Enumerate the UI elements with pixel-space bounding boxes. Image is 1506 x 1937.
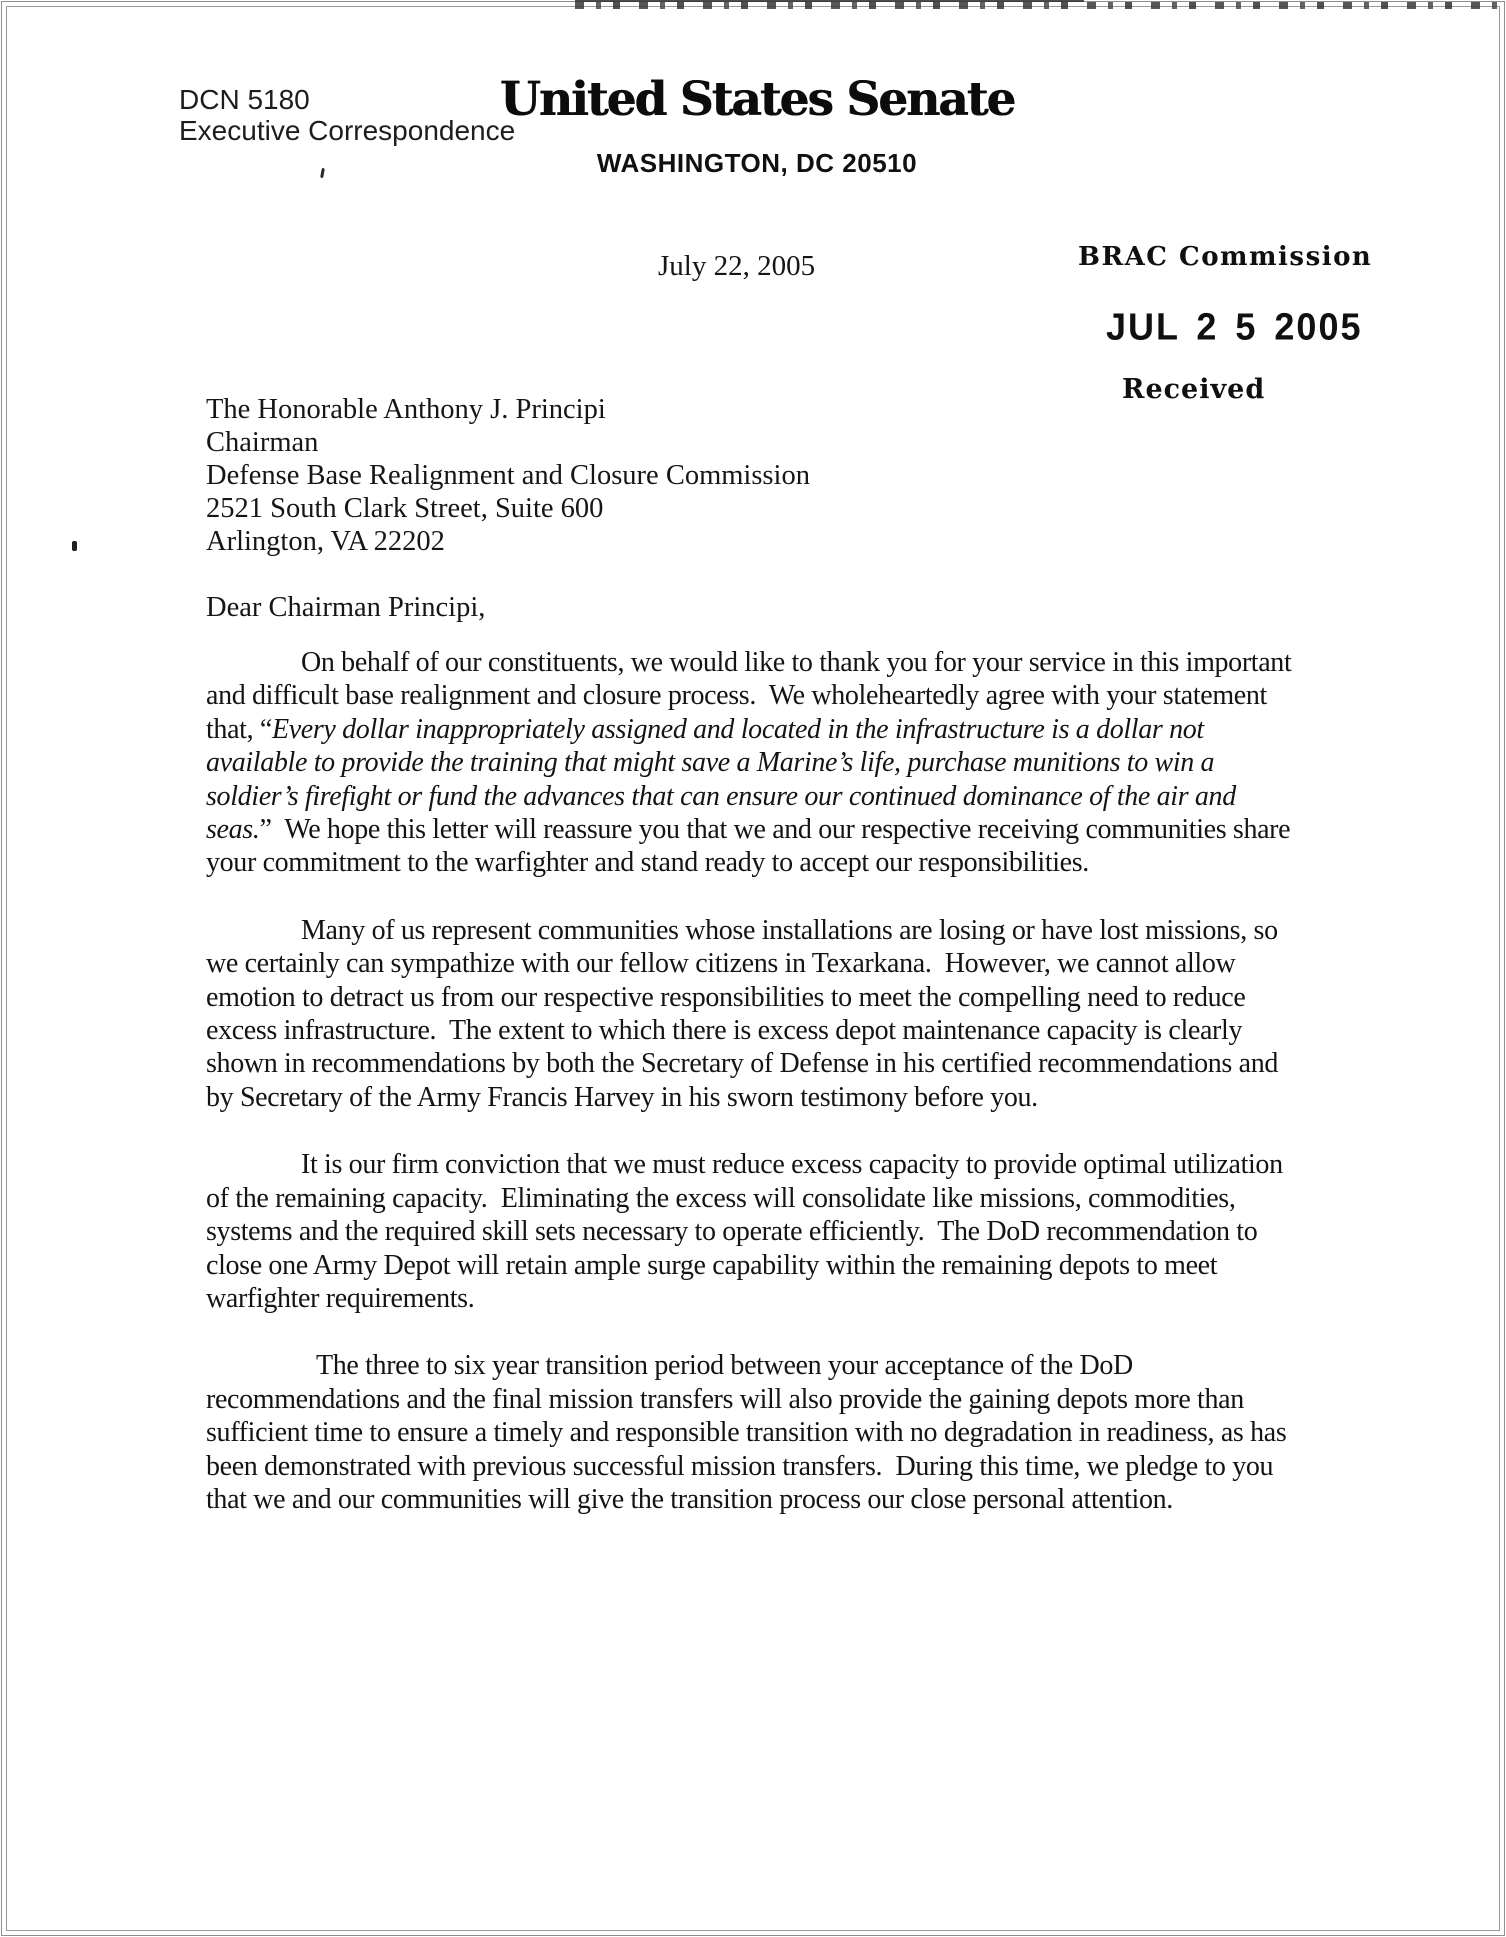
recipient-city: Arlington, VA 22202 — [206, 525, 810, 558]
correspondence-type-label: Executive Correspondence — [179, 115, 515, 146]
body-paragraph-1: On behalf of our constituents, we would … — [206, 646, 1304, 880]
scan-artifact-dot — [72, 541, 77, 551]
dcn-number: DCN 5180 — [179, 84, 515, 115]
recipient-title: Chairman — [206, 426, 810, 459]
recipient-street: 2521 South Clark Street, Suite 600 — [206, 492, 810, 525]
letter-body: On behalf of our constituents, we would … — [206, 646, 1304, 1550]
recipient-name: The Honorable Anthony J. Principi — [206, 393, 810, 426]
stamp-date-line: JUL 2 5 2005 — [1106, 305, 1363, 349]
letterhead-title: United States Senate — [500, 72, 1014, 127]
scan-artifact-mark — [320, 168, 325, 178]
scan-artifact-cutoff-text — [575, 2, 1500, 9]
letter-date: July 22, 2005 — [658, 250, 815, 283]
recipient-address-block: The Honorable Anthony J. Principi Chairm… — [206, 393, 810, 558]
paragraph-1-post-quote: ” We hope this letter will reassure you … — [206, 814, 1297, 878]
body-paragraph-3: It is our firm conviction that we must r… — [206, 1148, 1304, 1315]
recipient-organization: Defense Base Realignment and Closure Com… — [206, 459, 810, 492]
stamp-org-line: BRAC Commission — [1078, 242, 1372, 272]
body-paragraph-4: The three to six year transition period … — [206, 1349, 1304, 1516]
letterhead-address: WASHINGTON, DC 20510 — [597, 148, 917, 179]
scanned-letter-page: DCN 5180 Executive Correspondence United… — [0, 0, 1506, 1937]
stamp-status-line: Received — [1122, 374, 1265, 405]
body-paragraph-2: Many of us represent communities whose i… — [206, 914, 1304, 1114]
header-left-block: DCN 5180 Executive Correspondence — [179, 84, 515, 146]
salutation: Dear Chairman Principi, — [206, 592, 485, 624]
